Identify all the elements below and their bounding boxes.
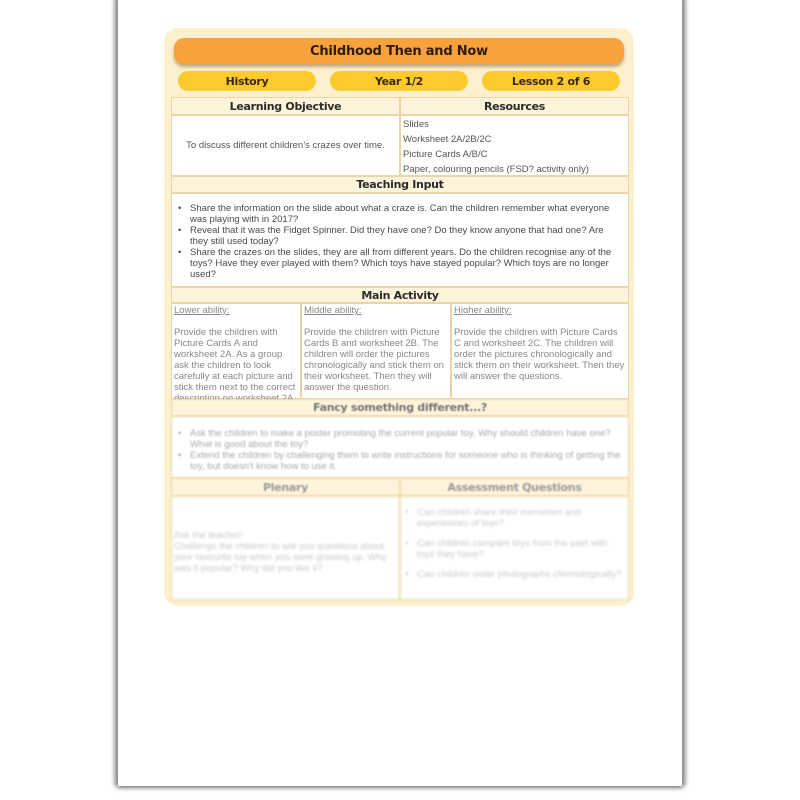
resources-list: Slides Worksheet 2A/2B/2C Picture Cards … — [400, 115, 629, 176]
main-activity-heading: Main Activity — [171, 287, 629, 303]
higher-ability-text: Provide the children with Picture Cards … — [454, 327, 626, 382]
year-badge: Year 1/2 — [330, 71, 468, 91]
higher-ability-label: Higher ability: — [454, 305, 626, 316]
resource-item: Worksheet 2A/2B/2C — [403, 132, 626, 147]
plenary-line: Challenge the children to ask you questi… — [174, 541, 397, 574]
learning-objective-heading: Learning Objective — [171, 97, 400, 115]
fancy-bullet: Extend the children by challenging them … — [190, 450, 624, 472]
middle-ability-cell: Middle ability: Provide the children wit… — [301, 303, 451, 399]
resources-heading: Resources — [400, 97, 629, 115]
assessment-questions-heading: Assessment Questions — [400, 478, 629, 496]
fancy-something-different-content: Ask the children to make a poster promot… — [171, 416, 629, 478]
fancy-something-different-heading: Fancy something different...? — [171, 399, 629, 416]
learning-objective-text: To discuss different children’s crazes o… — [171, 115, 400, 176]
assessment-bullet: Can children order photographs chronolog… — [417, 569, 626, 580]
plenary-line: Ask the teacher! — [174, 530, 397, 541]
teaching-input-heading: Teaching Input — [171, 176, 629, 193]
fancy-bullet: Ask the children to make a poster promot… — [190, 428, 624, 450]
lower-ability-text: Provide the children with Picture Cards … — [174, 327, 298, 404]
plenary-content: Ask the teacher! Challenge the children … — [171, 496, 400, 600]
teaching-input-bullet: Reveal that it was the Fidget Spinner. D… — [190, 225, 624, 247]
teaching-input-bullet: Share the information on the slide about… — [190, 203, 624, 225]
middle-ability-text: Provide the children with Picture Cards … — [304, 327, 448, 393]
lesson-number-badge: Lesson 2 of 6 — [482, 71, 620, 91]
middle-ability-label: Middle ability: — [304, 305, 448, 316]
lower-ability-cell: Lower ability: Provide the children with… — [171, 303, 301, 399]
assessment-questions-content: Can children share their memories and ex… — [400, 496, 629, 600]
higher-ability-cell: Higher ability: Provide the children wit… — [451, 303, 629, 399]
teaching-input-content: Share the information on the slide about… — [171, 193, 629, 287]
resource-item: Picture Cards A/B/C — [403, 147, 626, 162]
assessment-bullet: Can children share their memories and ex… — [417, 507, 626, 529]
subject-badge: History — [178, 71, 316, 91]
resource-item: Slides — [403, 117, 626, 132]
plenary-heading: Plenary — [171, 478, 400, 496]
lower-ability-label: Lower ability: — [174, 305, 298, 316]
lesson-title: Childhood Then and Now — [174, 38, 624, 64]
resource-item: Paper, colouring pencils (FSD? activity … — [403, 162, 626, 177]
teaching-input-bullet: Share the crazes on the slides, they are… — [190, 247, 624, 280]
assessment-bullet: Can children compare toys from the past … — [417, 538, 626, 560]
